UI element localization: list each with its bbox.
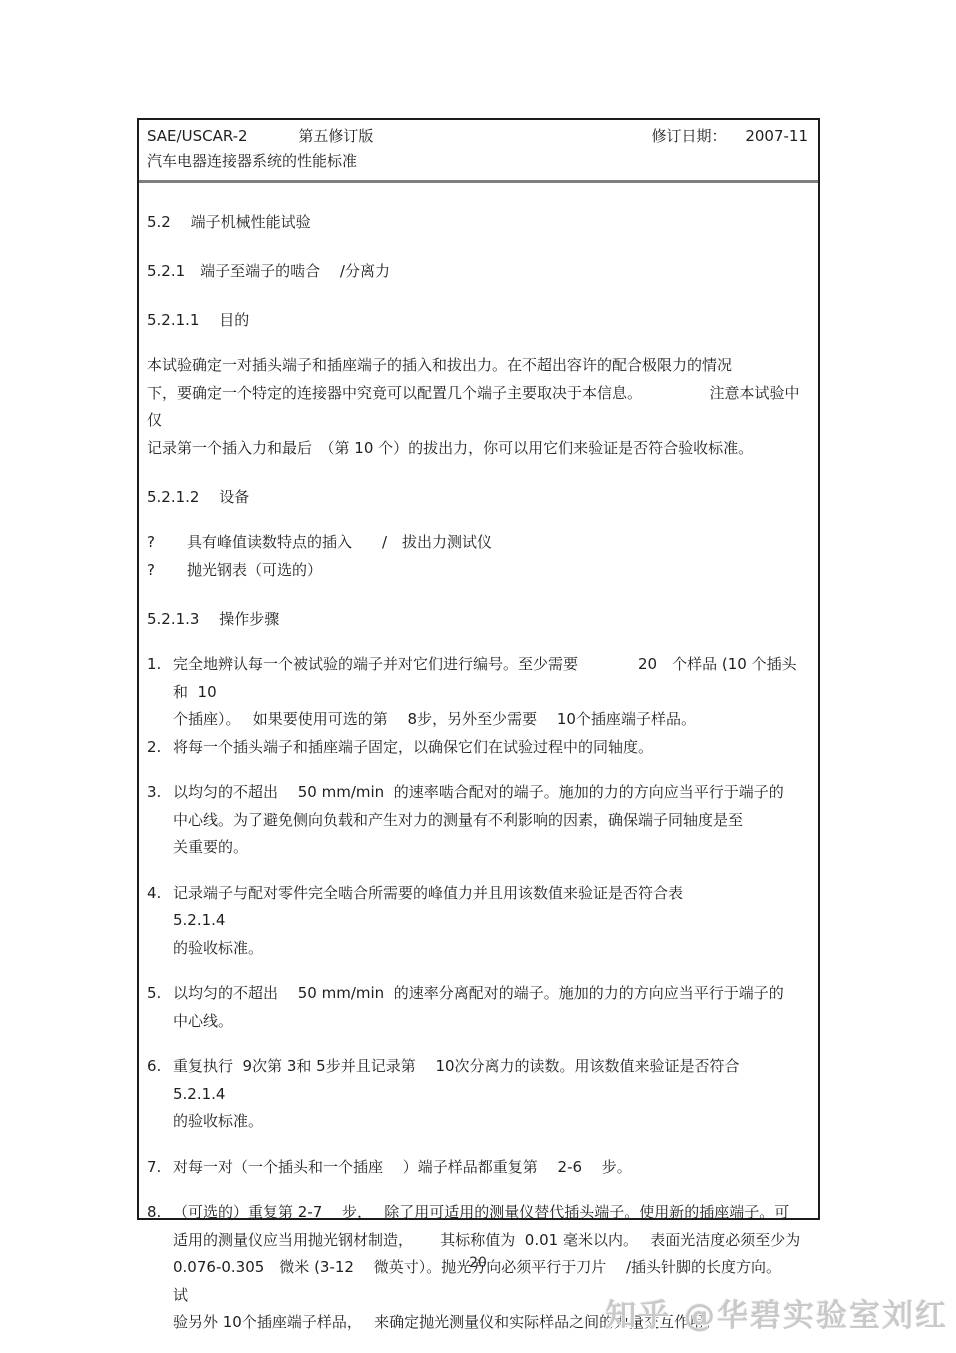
step-number: 1. (147, 651, 173, 734)
step-text: 完全地辨认每一个被试验的端子并对它们进行编号。至少需要 20 个样品 (10 个… (173, 651, 806, 734)
step-number: 5. (147, 980, 173, 1035)
document-header: SAE/USCAR-2 第五修订版 修订日期： 2007-11 汽车电器连接器系… (139, 120, 818, 183)
section-heading-5-2-1-3: 5.2.1.3 操作步骤 (147, 606, 806, 633)
step-number: 3. (147, 779, 173, 862)
doc-code: SAE/USCAR-2 (147, 127, 248, 145)
revision-date-label: 修订日期： (652, 127, 727, 145)
purpose-paragraph: 本试验确定一对插头端子和插座端子的插入和拔出力。在不超出容许的配合极限力的情况 … (147, 352, 806, 462)
bullet-marker: ? (147, 529, 187, 557)
section-heading-5-2-1: 5.2.1 端子至端子的啮合 /分离力 (147, 258, 806, 285)
document-body: 5.2 端子机械性能试验 5.2.1 端子至端子的啮合 /分离力 5.2.1.1… (139, 209, 818, 1337)
section-heading-5-2: 5.2 端子机械性能试验 (147, 209, 806, 236)
section-heading-5-2-1-1: 5.2.1.1 目的 (147, 307, 806, 334)
equipment-bullet: ? 抛光钢表（可选的） (147, 557, 806, 585)
doc-revision: 第五修订版 (298, 127, 373, 145)
step-item-6: 6. 重复执行 9次第 3和 5步并且记录第 10次分离力的读数。用该数值来验证… (147, 1053, 806, 1136)
step-text: 以均匀的不超出 50 mm/min 的速率分离配对的端子。施加的力的方向应当平行… (173, 980, 806, 1035)
step-text: 以均匀的不超出 50 mm/min 的速率啮合配对的端子。施加的力的方向应当平行… (173, 779, 806, 862)
bullet-marker: ? (147, 557, 187, 585)
doc-subtitle: 汽车电器连接器系统的性能标准 (147, 149, 808, 174)
step-number: 2. (147, 734, 173, 762)
step-text: 记录端子与配对零件完全啮合所需要的峰值力并且用该数值来验证是否符合表 5.2.1… (173, 880, 806, 963)
step-item-2: 2. 将每一个插头端子和插座端子固定，以确保它们在试验过程中的同轴度。 (147, 734, 806, 762)
step-text: 将每一个插头端子和插座端子固定，以确保它们在试验过程中的同轴度。 (173, 734, 806, 762)
header-right: 修订日期： 2007-11 (652, 124, 808, 149)
page-number: 20 (0, 1255, 956, 1271)
step-item-1: 1. 完全地辨认每一个被试验的端子并对它们进行编号。至少需要 20 个样品 (1… (147, 651, 806, 734)
page-canvas: SAE/USCAR-2 第五修订版 修订日期： 2007-11 汽车电器连接器系… (0, 0, 956, 1353)
step-number: 6. (147, 1053, 173, 1136)
header-row-1: SAE/USCAR-2 第五修订版 修订日期： 2007-11 (147, 124, 808, 149)
watermark: 知乎 @华碧实验室刘红 (605, 1290, 948, 1335)
header-left: SAE/USCAR-2 第五修订版 (147, 124, 373, 149)
step-item-5: 5. 以均匀的不超出 50 mm/min 的速率分离配对的端子。施加的力的方向应… (147, 980, 806, 1035)
section-heading-5-2-1-2: 5.2.1.2 设备 (147, 484, 806, 511)
step-item-4: 4. 记录端子与配对零件完全啮合所需要的峰值力并且用该数值来验证是否符合表 5.… (147, 880, 806, 963)
step-item-3: 3. 以均匀的不超出 50 mm/min 的速率啮合配对的端子。施加的力的方向应… (147, 779, 806, 862)
step-text: 对每一对（一个插头和一个插座 ）端子样品都重复第 2-6 步。 (173, 1154, 806, 1182)
equipment-text: 具有峰值读数特点的插入 / 拔出力测试仪 (187, 529, 806, 557)
revision-date-value: 2007-11 (745, 127, 808, 145)
step-text: 重复执行 9次第 3和 5步并且记录第 10次分离力的读数。用该数值来验证是否符… (173, 1053, 806, 1136)
equipment-text: 抛光钢表（可选的） (187, 557, 806, 585)
step-item-7: 7. 对每一对（一个插头和一个插座 ）端子样品都重复第 2-6 步。 (147, 1154, 806, 1182)
equipment-bullet: ? 具有峰值读数特点的插入 / 拔出力测试仪 (147, 529, 806, 557)
step-number: 7. (147, 1154, 173, 1182)
step-number: 4. (147, 880, 173, 963)
document-frame: SAE/USCAR-2 第五修订版 修订日期： 2007-11 汽车电器连接器系… (137, 118, 820, 1220)
